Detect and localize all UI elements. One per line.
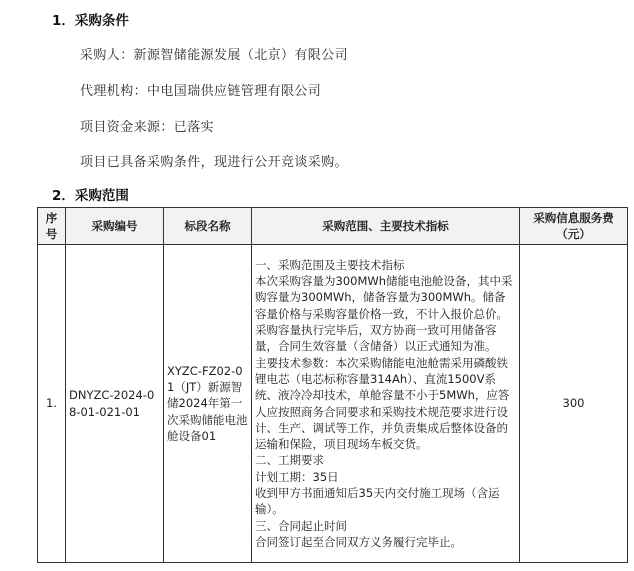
scope-line: 一、采购范围及主要技术指标 <box>255 257 516 273</box>
table-header-row: 序号 采购编号 标段名称 采购范围、主要技术指标 采购信息服务费（元） <box>38 208 628 245</box>
scope-line: 收到甲方书面通知后35天内交付施工现场（含运输）。 <box>255 485 516 518</box>
agency-text: 代理机构：中电国瑞供应链管理有限公司 <box>80 80 321 99</box>
header-scope: 采购范围、主要技术指标 <box>252 208 520 245</box>
header-lot-name: 标段名称 <box>164 208 252 245</box>
statement-text: 项目已具备采购条件，现进行公开竞谈采购。 <box>80 151 348 170</box>
header-seq: 序号 <box>38 208 66 245</box>
cell-seq: 1. <box>38 245 66 563</box>
cell-fee: 300 <box>520 245 628 563</box>
scope-line: 本次采购容量为300MWh储能电池舱设备，其中采购容量为300MWh，储备容量为… <box>255 273 516 354</box>
header-fee: 采购信息服务费（元） <box>520 208 628 245</box>
cell-lot-name: XYZC-FZ02-01（JT）新源智储2024年第一次采购储能电池舱设备01 <box>164 245 252 563</box>
funding-text: 项目资金来源：已落实 <box>80 116 214 135</box>
scope-line: 二、工期要求 <box>255 452 516 468</box>
scope-line: 计划工期：35日 <box>255 469 516 485</box>
procurement-table: 序号 采购编号 标段名称 采购范围、主要技术指标 采购信息服务费（元） 1. D… <box>37 207 628 563</box>
purchaser-text: 采购人：新源智储能源发展（北京）有限公司 <box>80 44 348 63</box>
table-row: 1. DNYZC-2024-08-01-021-01 XYZC-FZ02-01（… <box>38 245 628 563</box>
section1-heading: 1．采购条件 <box>52 9 129 29</box>
scope-line: 主要技术参数：本次采购储能电池舱需采用磷酸铁锂电芯（电芯标称容量314Ah）、直… <box>255 355 516 453</box>
header-code: 采购编号 <box>66 208 164 245</box>
section2-heading: 2．采购范围 <box>52 184 129 204</box>
cell-scope: 一、采购范围及主要技术指标 本次采购容量为300MWh储能电池舱设备，其中采购容… <box>252 245 520 563</box>
scope-line: 三、合同起止时间 <box>255 518 516 534</box>
scope-line: 合同签订起至合同双方义务履行完毕止。 <box>255 534 516 550</box>
cell-code: DNYZC-2024-08-01-021-01 <box>66 245 164 563</box>
